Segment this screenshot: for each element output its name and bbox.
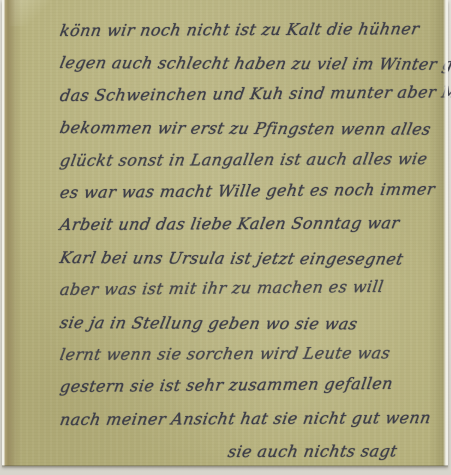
paper-bottom-shadow: [2, 465, 448, 468]
paper-left-edge: [2, 0, 22, 466]
handwritten-line: lernt wenn sie sorchen wird Leute was: [57, 337, 445, 371]
handwritten-line: es war was macht Wille geht es noch imme…: [58, 173, 445, 209]
handwritten-line: sie auch nichts sagt: [225, 435, 445, 468]
handwritten-line: glückt sonst in Langallen ist auch alles…: [57, 143, 445, 177]
handwritten-line: nach meiner Ansicht hat sie nicht gut we…: [57, 402, 445, 436]
handwritten-line: das Schweinchen und Kuh sind munter aber…: [58, 76, 445, 112]
paper-right-edge: [430, 0, 448, 466]
letter-scan: könn wir noch nicht ist zu Kalt die hühn…: [0, 0, 451, 475]
handwritten-line: könn wir noch nicht ist zu Kalt die hühn…: [57, 13, 445, 47]
handwritten-line: bekommen wir erst zu Pfingsten wenn alle…: [57, 112, 445, 146]
handwritten-line: sie ja in Stellung geben wo sie was: [57, 307, 445, 341]
handwritten-line: gestern sie ist sehr zusammen gefallen: [58, 368, 445, 404]
letter-paper: könn wir noch nicht ist zu Kalt die hühn…: [2, 0, 448, 466]
handwritten-line: aber was ist mit ihr zu machen es will: [58, 270, 445, 306]
letter-body: könn wir noch nicht ist zu Kalt die hühn…: [60, 15, 442, 468]
handwritten-line: Arbeit und das liebe Kalen Sonntag war: [57, 207, 445, 241]
